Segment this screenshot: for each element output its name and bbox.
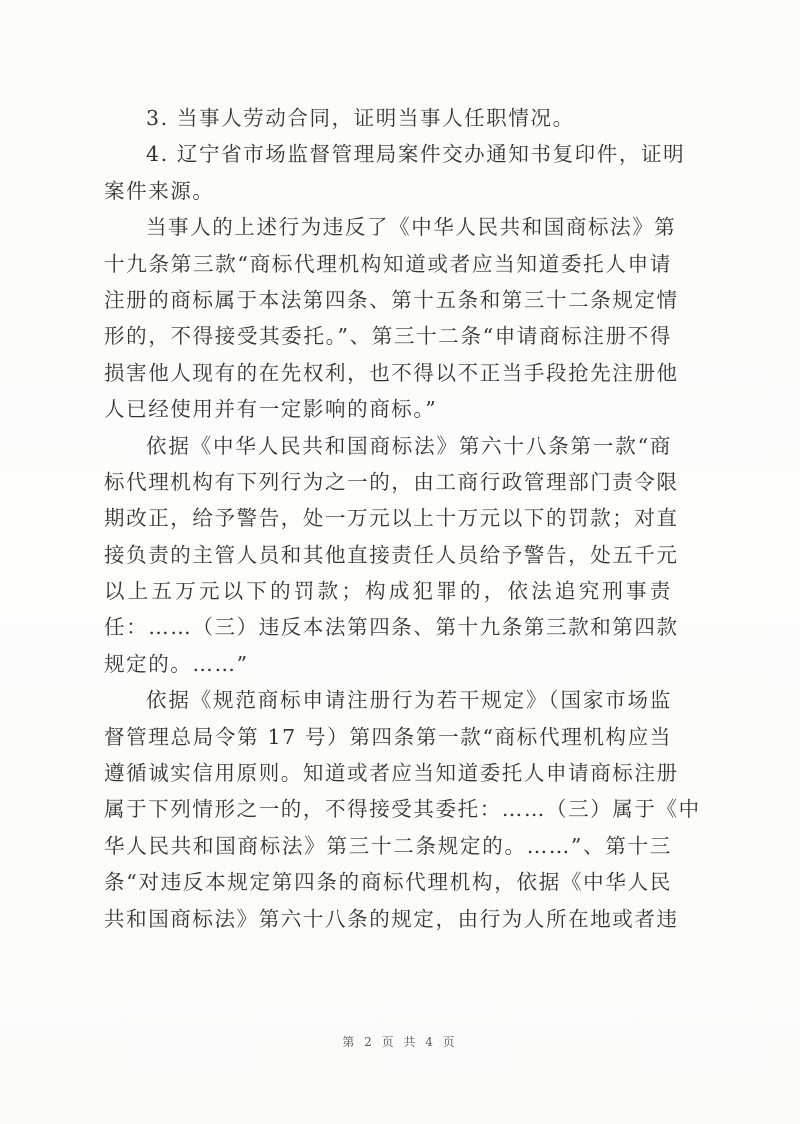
- text-line: 标代理机构有下列行为之一的，由工商行政管理部门责令限: [104, 464, 672, 500]
- text-line: 属于下列情形之一的，不得接受其委托：……（三）属于《中: [104, 791, 672, 827]
- text-line: 华人民共和国商标法》第三十二条规定的。……”、第十三: [104, 828, 672, 864]
- text-line: 十九条第三款“商标代理机构知道或者应当知道委托人申请: [104, 246, 672, 282]
- text-line: 以上五万元以下的罚款；构成犯罪的，依法追究刑事责: [104, 573, 672, 609]
- text-line: 督管理总局令第 17 号）第四条第一款“商标代理机构应当: [104, 719, 672, 755]
- text-line: 案件来源。: [104, 173, 672, 209]
- text-line: 条“对违反本规定第四条的商标代理机构，依据《中华人民: [104, 864, 672, 900]
- text-line: 规定的。……”: [104, 646, 672, 682]
- text-line: 共和国商标法》第六十八条的规定，由行为人所在地或者违: [104, 901, 672, 937]
- page-number-footer: 第 2 页 共 4 页: [0, 1033, 800, 1050]
- text-line: 人已经使用并有一定影响的商标。”: [104, 391, 672, 427]
- text-line: 注册的商标属于本法第四条、第十五条和第三十二条规定情: [104, 282, 672, 318]
- text-line: 形的，不得接受其委托。”、第三十二条“申请商标注册不得: [104, 318, 672, 354]
- document-body: 3. 当事人劳动合同，证明当事人任职情况。 4. 辽宁省市场监督管理局案件交办通…: [104, 100, 672, 937]
- text-line: 3. 当事人劳动合同，证明当事人任职情况。: [104, 100, 672, 136]
- text-line: 依据《中华人民共和国商标法》第六十八条第一款“商: [104, 428, 672, 464]
- text-line: 依据《规范商标申请注册行为若干规定》（国家市场监: [104, 682, 672, 718]
- text-line: 当事人的上述行为违反了《中华人民共和国商标法》第: [104, 209, 672, 245]
- text-line: 损害他人现有的在先权利，也不得以不正当手段抢先注册他: [104, 355, 672, 391]
- text-line: 接负责的主管人员和其他直接责任人员给予警告，处五千元: [104, 537, 672, 573]
- text-line: 期改正，给予警告，处一万元以上十万元以下的罚款；对直: [104, 500, 672, 536]
- text-line: 遵循诚实信用原则。知道或者应当知道委托人申请商标注册: [104, 755, 672, 791]
- text-line: 4. 辽宁省市场监督管理局案件交办通知书复印件，证明: [104, 136, 672, 172]
- document-page: 3. 当事人劳动合同，证明当事人任职情况。 4. 辽宁省市场监督管理局案件交办通…: [0, 0, 800, 1124]
- text-line: 任：……（三）违反本法第四条、第十九条第三款和第四款: [104, 609, 672, 645]
